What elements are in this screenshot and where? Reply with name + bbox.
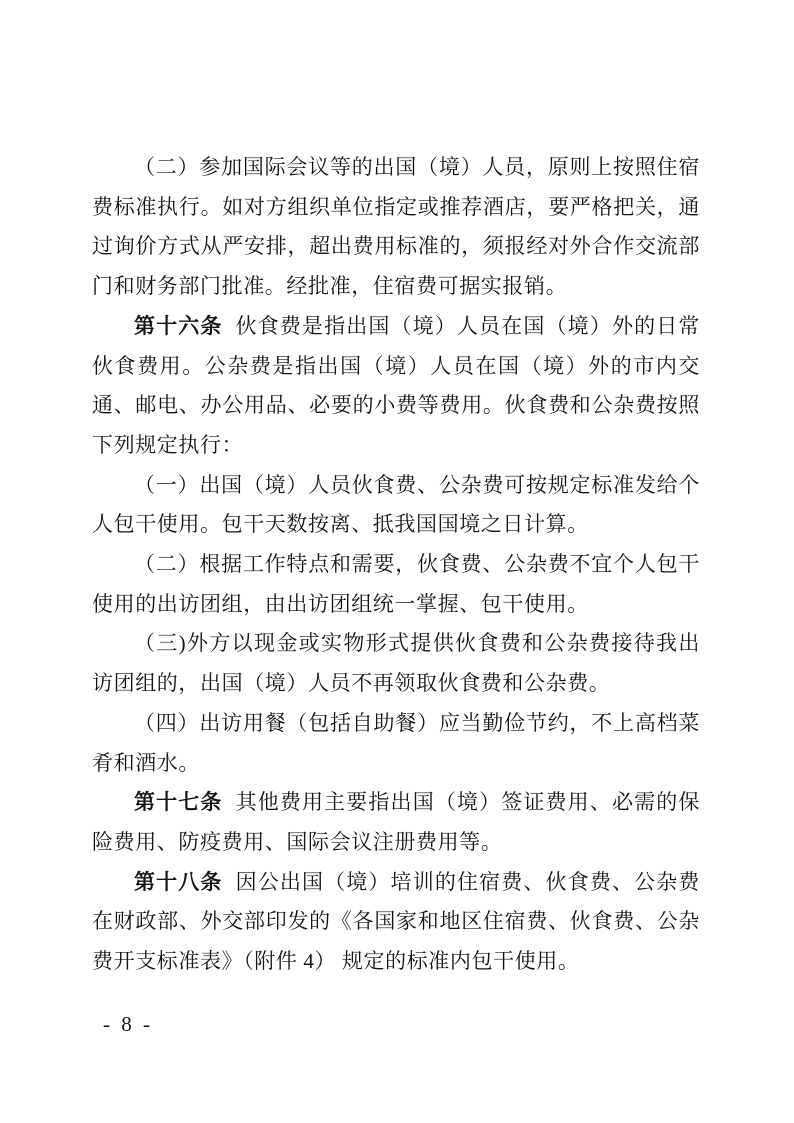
- paragraph-text: （一）出国（境）人员伙食费、公杂费可按规定标准发给个人包干使用。包干天数按离、抵…: [92, 473, 700, 537]
- article-number-16: 第十六条: [134, 314, 223, 338]
- paragraph-article-16: 第十六条伙食费是指出国（境）人员在国（境）外的日常伙食费用。公杂费是指出国（境）…: [92, 307, 700, 466]
- paragraph-item-1-meal: （一）出国（境）人员伙食费、公杂费可按规定标准发给个人包干使用。包干天数按离、抵…: [92, 466, 700, 545]
- paragraph-text: （二）参加国际会议等的出国（境）人员，原则上按照住宿费标准执行。如对方组织单位指…: [92, 155, 700, 298]
- document-body: （二）参加国际会议等的出国（境）人员，原则上按照住宿费标准执行。如对方组织单位指…: [92, 148, 700, 982]
- paragraph-item-2-group: （二）根据工作特点和需要，伙食费、公杂费不宜个人包干使用的出访团组，由出访团组统…: [92, 545, 700, 624]
- paragraph-text: （四）出访用餐（包括自助餐）应当勤俭节约，不上高档菜肴和酒水。: [92, 711, 700, 775]
- article-number-18: 第十八条: [134, 870, 223, 894]
- page-number: - 8 -: [103, 1012, 153, 1037]
- paragraph-item-3-foreign: （三)外方以现金或实物形式提供伙食费和公杂费接待我出访团组的，出国（境）人员不再…: [92, 624, 700, 703]
- paragraph-article-17: 第十七条其他费用主要指出国（境）签证费用、必需的保险费用、防疫费用、国际会议注册…: [92, 783, 700, 862]
- paragraph-text: （三)外方以现金或实物形式提供伙食费和公杂费接待我出访团组的，出国（境）人员不再…: [92, 631, 700, 695]
- paragraph-item-4-dining: （四）出访用餐（包括自助餐）应当勤俭节约，不上高档菜肴和酒水。: [92, 704, 700, 783]
- article-number-17: 第十七条: [134, 790, 223, 814]
- paragraph-article-18: 第十八条因公出国（境）培训的住宿费、伙食费、公杂费在财政部、外交部印发的《各国家…: [92, 863, 700, 982]
- paragraph-text: （二）根据工作特点和需要，伙食费、公杂费不宜个人包干使用的出访团组，由出访团组统…: [92, 552, 700, 616]
- paragraph-item-2-hotel: （二）参加国际会议等的出国（境）人员，原则上按照住宿费标准执行。如对方组织单位指…: [92, 148, 700, 307]
- document-page: （二）参加国际会议等的出国（境）人员，原则上按照住宿费标准执行。如对方组织单位指…: [0, 0, 794, 1123]
